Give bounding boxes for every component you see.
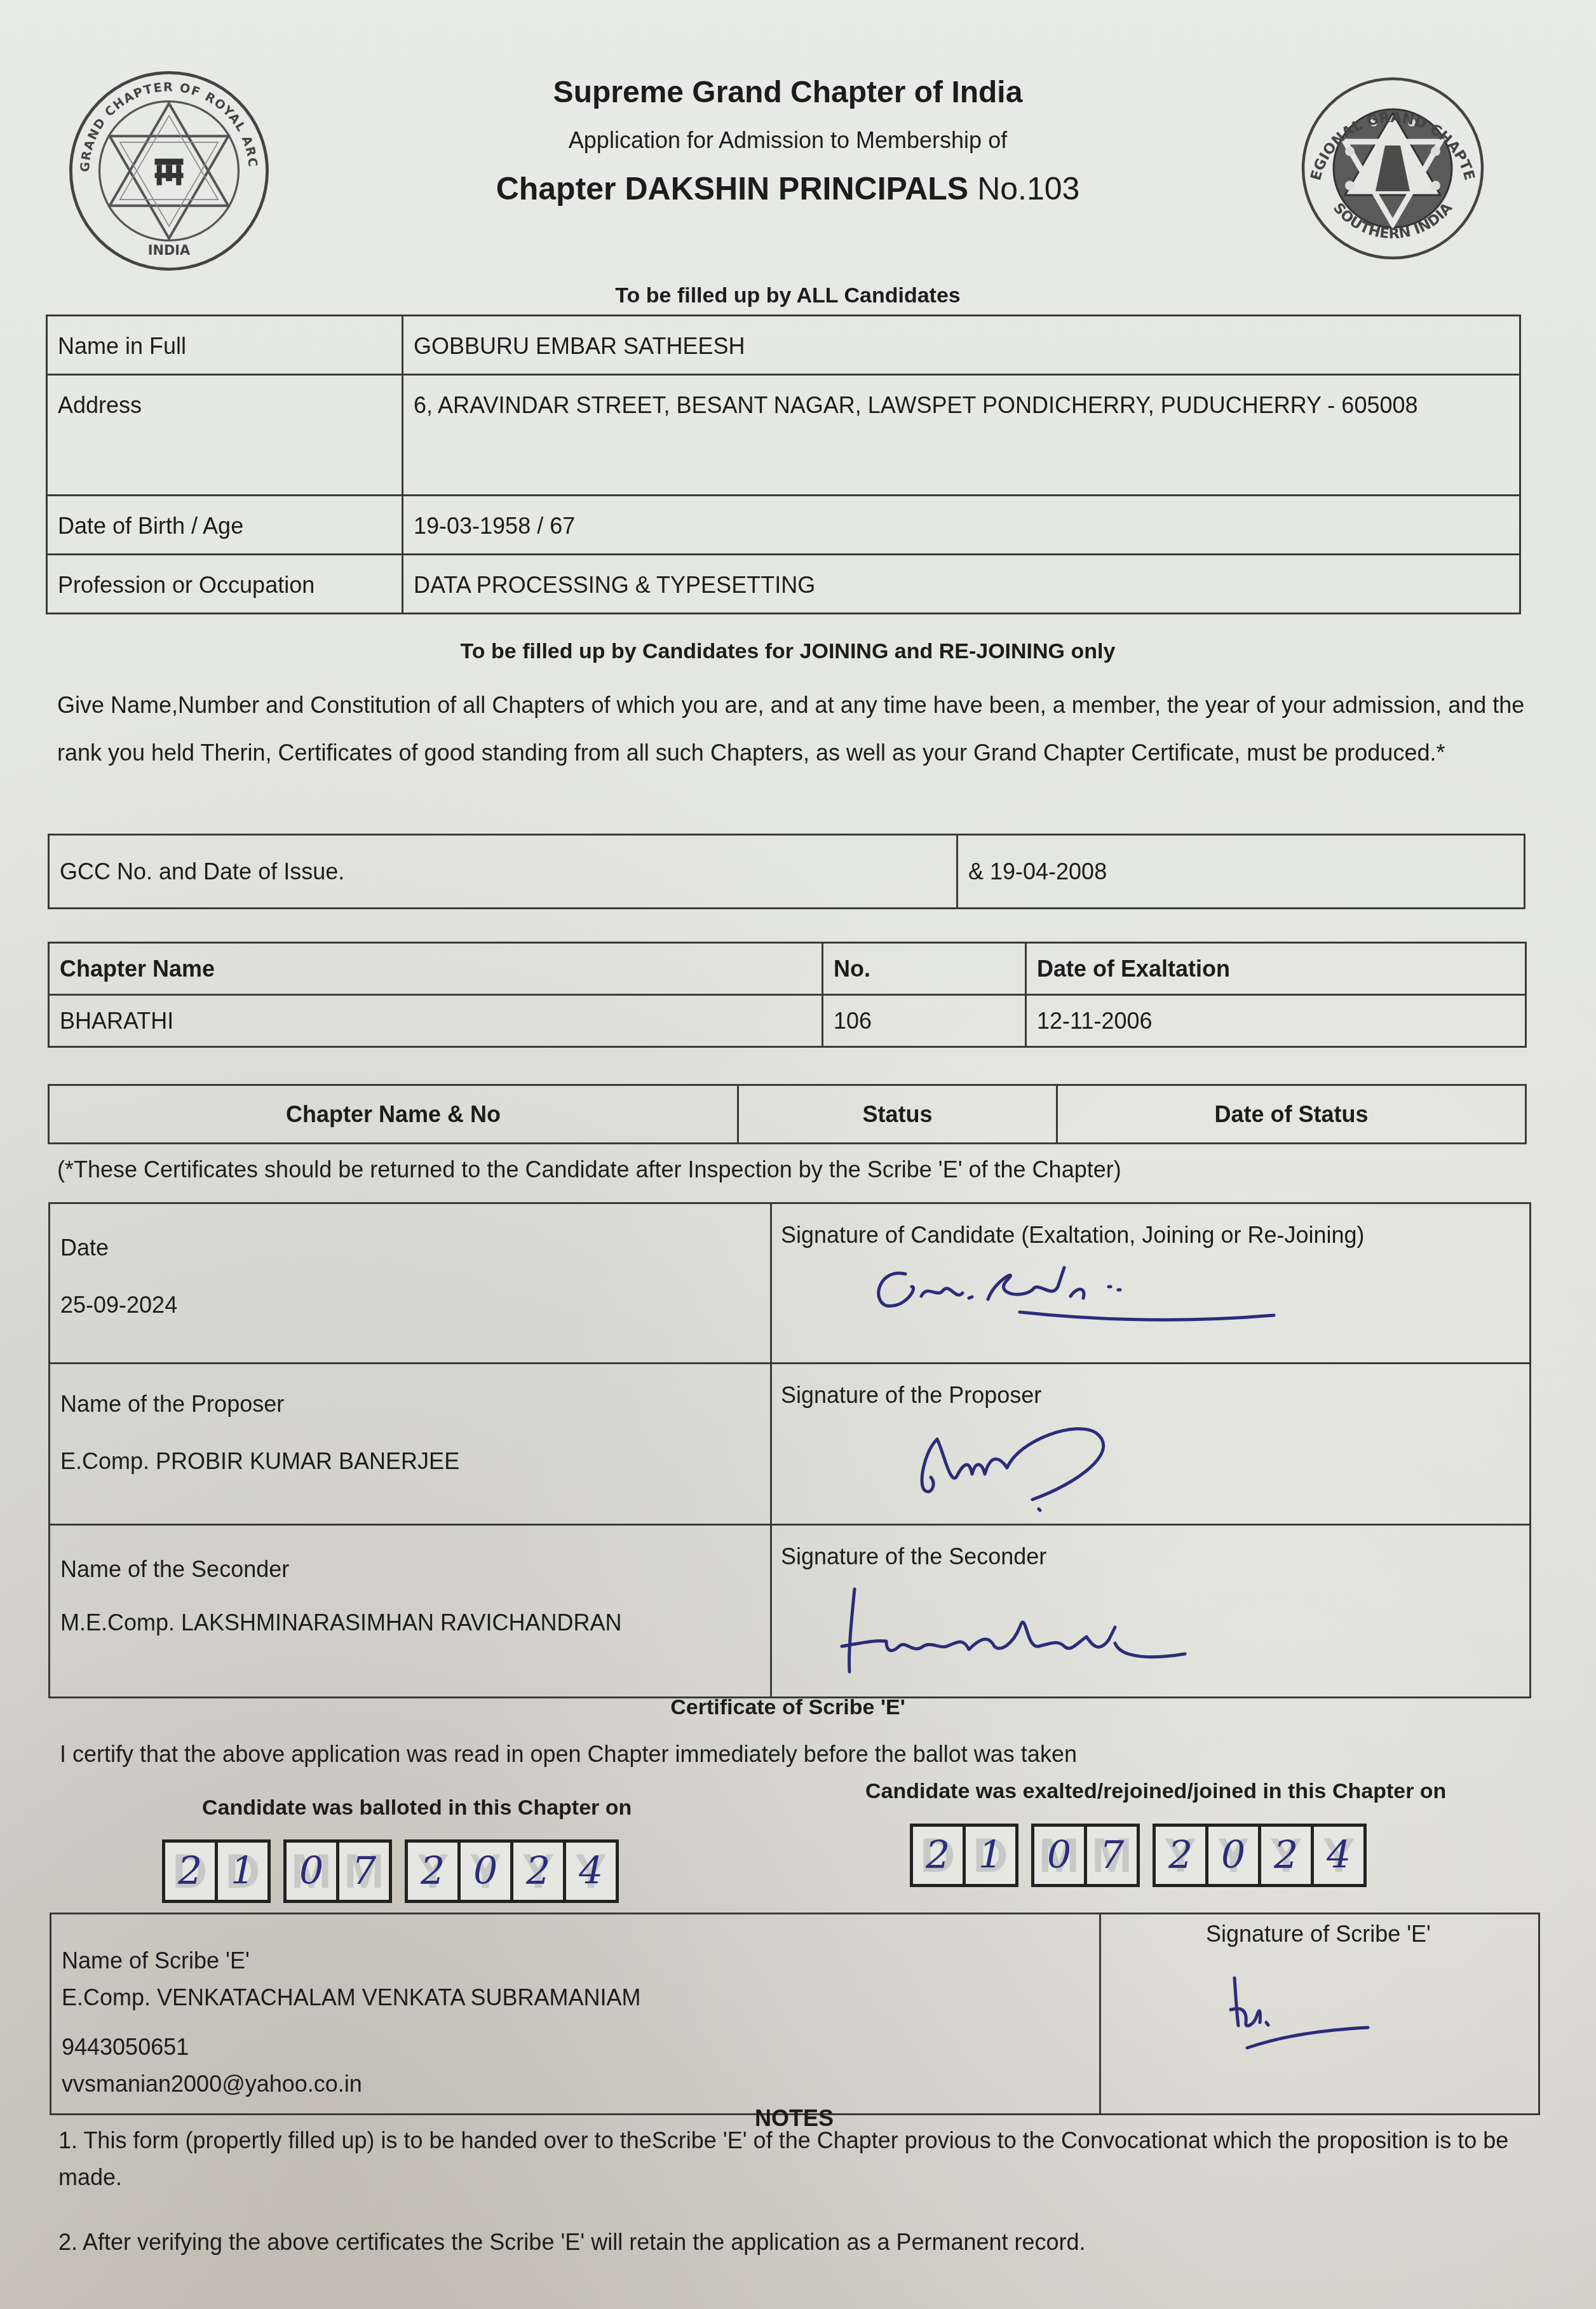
- seconder-signature-cell[interactable]: Signature of the Seconder: [771, 1525, 1531, 1698]
- year-group: Y2Y0Y2Y4: [405, 1839, 619, 1903]
- year-digit-box[interactable]: Y2: [513, 1843, 566, 1900]
- scribe-name-field[interactable]: E.Comp. VENKATACHALAM VENKATA SUBRAMANIA…: [62, 1984, 641, 2011]
- signatures-table: Date 25-09-2024 Signature of Candidate (…: [48, 1202, 1531, 1698]
- name-field[interactable]: GOBBURU EMBAR SATHEESH: [403, 316, 1520, 375]
- chapter-history-table: Chapter Name No. Date of Exaltation BHAR…: [48, 942, 1527, 1048]
- handwritten-digit: 4: [1327, 1833, 1351, 1878]
- scribe-details-cell: Name of Scribe 'E' E.Comp. VENKATACHALAM…: [51, 1914, 1100, 2115]
- handwritten-digit: 7: [352, 1849, 376, 1893]
- day-digit-box[interactable]: D1: [966, 1827, 1015, 1884]
- handwritten-digit: 4: [579, 1849, 603, 1893]
- seconder-label: Name of the Seconder: [60, 1556, 289, 1583]
- seconder-name-field[interactable]: M.E.Comp. LAKSHMINARASIMHAN RAVICHANDRAN: [60, 1609, 621, 1636]
- section-joining-heading: To be filled up by Candidates for JOININ…: [0, 639, 1576, 664]
- dob-age-label: Date of Birth / Age: [47, 496, 403, 555]
- month-group: M0M7: [283, 1839, 392, 1903]
- occupation-field[interactable]: DATA PROCESSING & TYPESETTING: [403, 555, 1520, 614]
- year-digit-box[interactable]: Y2: [1261, 1827, 1314, 1884]
- day-digit-box[interactable]: D1: [218, 1843, 267, 1900]
- table-row: Date 25-09-2024 Signature of Candidate (…: [50, 1203, 1531, 1364]
- name-label: Name in Full: [47, 316, 403, 375]
- scribe-certificate-statement: I certify that the above application was…: [60, 1741, 1077, 1768]
- candidate-signature-label: Signature of Candidate (Exaltation, Join…: [781, 1222, 1365, 1249]
- handwritten-digit: 1: [231, 1849, 255, 1893]
- seconder-cell: Name of the Seconder M.E.Comp. LAKSHMINA…: [50, 1525, 771, 1698]
- col-header-date-of-status: Date of Status: [1057, 1085, 1526, 1144]
- chapter-no-cell[interactable]: 106: [823, 995, 1026, 1047]
- col-header-no: No.: [823, 943, 1026, 995]
- col-header-chapter-name-no: Chapter Name & No: [49, 1085, 738, 1144]
- month-digit-box[interactable]: M0: [1034, 1827, 1087, 1884]
- scribe-name-label: Name of Scribe 'E': [62, 1947, 250, 1974]
- handwritten-digit: 0: [299, 1849, 323, 1893]
- date-field[interactable]: 25-09-2024: [60, 1292, 177, 1318]
- balloted-label: Candidate was balloted in this Chapter o…: [202, 1796, 632, 1820]
- gcc-table: GCC No. and Date of Issue. & 19-04-2008: [48, 834, 1525, 909]
- form-subtitle: Application for Admission to Membership …: [0, 127, 1576, 154]
- chapter-status-table: Chapter Name & No Status Date of Status: [48, 1084, 1527, 1144]
- date-cell: Date 25-09-2024: [50, 1203, 771, 1364]
- certificate-return-note: (*These Certificates should be returned …: [57, 1156, 1121, 1183]
- month-digit-box[interactable]: M0: [287, 1843, 339, 1900]
- chapter-name: Chapter DAKSHIN PRINCIPALS: [496, 171, 969, 207]
- organization-title: Supreme Grand Chapter of India: [0, 75, 1576, 110]
- note-item-2: 2. After verifying the above certificate…: [58, 2224, 1539, 2261]
- month-group: M0M7: [1031, 1824, 1140, 1887]
- table-row: Address 6, ARAVINDAR STREET, BESANT NAGA…: [47, 375, 1520, 496]
- table-row: Name of the Proposer E.Comp. PROBIR KUMA…: [50, 1364, 1531, 1525]
- col-header-date-of-exaltation: Date of Exaltation: [1026, 943, 1526, 995]
- scribe-table: Name of Scribe 'E' E.Comp. VENKATACHALAM…: [50, 1913, 1540, 2115]
- gcc-field[interactable]: & 19-04-2008: [957, 835, 1525, 909]
- col-header-chapter-name: Chapter Name: [49, 943, 823, 995]
- day-digit-box[interactable]: D2: [913, 1827, 966, 1884]
- chapter-number: No.103: [977, 171, 1079, 207]
- proposer-name-field[interactable]: E.Comp. PROBIR KUMAR BANERJEE: [60, 1448, 459, 1475]
- handwritten-digit: 0: [1047, 1833, 1071, 1878]
- year-digit-box[interactable]: Y2: [408, 1843, 461, 1900]
- year-group: Y2Y0Y2Y4: [1153, 1824, 1367, 1887]
- exaltation-date-cell[interactable]: 12-11-2006: [1026, 995, 1526, 1047]
- year-digit-box[interactable]: Y4: [566, 1843, 616, 1900]
- handwritten-digit: 2: [421, 1849, 445, 1893]
- dob-age-field[interactable]: 19-03-1958 / 67: [403, 496, 1520, 555]
- scribe-certificate-heading: Certificate of Scribe 'E': [0, 1695, 1576, 1720]
- col-header-status: Status: [738, 1085, 1057, 1144]
- candidate-signature-icon: [867, 1261, 1299, 1337]
- handwritten-digit: 0: [473, 1849, 497, 1893]
- proposer-label: Name of the Proposer: [60, 1391, 284, 1418]
- day-group: D2D1: [162, 1839, 271, 1903]
- day-digit-box[interactable]: D2: [165, 1843, 218, 1900]
- table-row: GCC No. and Date of Issue. & 19-04-2008: [49, 835, 1525, 909]
- proposer-signature-cell[interactable]: Signature of the Proposer: [771, 1364, 1531, 1525]
- table-row: Profession or Occupation DATA PROCESSING…: [47, 555, 1520, 614]
- month-digit-box[interactable]: M7: [1087, 1827, 1137, 1884]
- month-digit-box[interactable]: M7: [339, 1843, 389, 1900]
- day-group: D2D1: [910, 1824, 1018, 1887]
- exalted-date-input[interactable]: D2D1M0M7Y2Y0Y2Y4: [910, 1824, 1367, 1887]
- star-keystone-seal-icon: REGIONAL GRAND CHAPTER SOUTHERN INDIA: [1297, 255, 1488, 266]
- table-row: Name in Full GOBBURU EMBAR SATHEESH: [47, 316, 1520, 375]
- address-label: Address: [47, 375, 403, 496]
- occupation-label: Profession or Occupation: [47, 555, 403, 614]
- handwritten-digit: 0: [1221, 1833, 1245, 1878]
- year-digit-box[interactable]: Y4: [1314, 1827, 1363, 1884]
- handwritten-digit: 2: [178, 1849, 202, 1893]
- chapter-title: Chapter DAKSHIN PRINCIPALS No.103: [0, 170, 1576, 207]
- svg-text:INDIA: INDIA: [148, 243, 191, 258]
- year-digit-box[interactable]: Y0: [461, 1843, 513, 1900]
- handwritten-digit: 1: [978, 1833, 1003, 1878]
- table-row: Name of Scribe 'E' E.Comp. VENKATACHALAM…: [51, 1914, 1539, 2115]
- handwritten-digit: 2: [526, 1849, 550, 1893]
- table-row: Name of the Seconder M.E.Comp. LAKSHMINA…: [50, 1525, 1531, 1698]
- seconder-signature-label: Signature of the Seconder: [781, 1543, 1046, 1570]
- table-header-row: Chapter Name No. Date of Exaltation: [49, 943, 1526, 995]
- scribe-signature-label: Signature of Scribe 'E': [1206, 1921, 1431, 1947]
- seconder-signature-icon: [835, 1583, 1280, 1684]
- year-digit-box[interactable]: Y0: [1208, 1827, 1261, 1884]
- proposer-signature-label: Signature of the Proposer: [781, 1382, 1041, 1409]
- table-header-row: Chapter Name & No Status Date of Status: [49, 1085, 1526, 1144]
- gcc-label: GCC No. and Date of Issue.: [49, 835, 957, 909]
- chapter-name-cell[interactable]: BHARATHI: [49, 995, 823, 1047]
- date-label: Date: [60, 1235, 109, 1261]
- scribe-signature-icon: [1222, 1972, 1387, 2054]
- handwritten-digit: 7: [1100, 1833, 1124, 1878]
- candidate-details-table: Name in Full GOBBURU EMBAR SATHEESH Addr…: [46, 315, 1521, 614]
- year-digit-box[interactable]: Y2: [1156, 1827, 1208, 1884]
- proposer-cell: Name of the Proposer E.Comp. PROBIR KUMA…: [50, 1364, 771, 1525]
- candidate-signature-cell[interactable]: Signature of Candidate (Exaltation, Join…: [771, 1203, 1531, 1364]
- note-item-1: 1. This form (propertly filled up) is to…: [58, 2122, 1539, 2196]
- handwritten-digit: 2: [1274, 1833, 1298, 1878]
- handwritten-digit: 2: [1168, 1833, 1193, 1878]
- triple-tau-star-seal-icon: SUPREME GRAND CHAPTER OF ROYAL ARCH MASO…: [67, 265, 271, 276]
- proposer-signature-icon: [912, 1414, 1179, 1522]
- joining-instructions: Give Name,Number and Constitution of all…: [57, 681, 1544, 776]
- table-row: Date of Birth / Age 19-03-1958 / 67: [47, 496, 1520, 555]
- section-all-heading: To be filled up by ALL Candidates: [0, 283, 1576, 308]
- scribe-signature-cell[interactable]: Signature of Scribe 'E': [1100, 1914, 1539, 2115]
- scribe-email-field[interactable]: vvsmanian2000@yahoo.co.in: [62, 2071, 362, 2097]
- exalted-label: Candidate was exalted/rejoined/joined in…: [865, 1779, 1446, 1804]
- balloted-date-input[interactable]: D2D1M0M7Y2Y0Y2Y4: [162, 1839, 619, 1903]
- table-row: BHARATHI 106 12-11-2006: [49, 995, 1526, 1047]
- address-field[interactable]: 6, ARAVINDAR STREET, BESANT NAGAR, LAWSP…: [403, 375, 1520, 496]
- handwritten-digit: 2: [926, 1833, 950, 1878]
- scribe-phone-field[interactable]: 9443050651: [62, 2034, 189, 2061]
